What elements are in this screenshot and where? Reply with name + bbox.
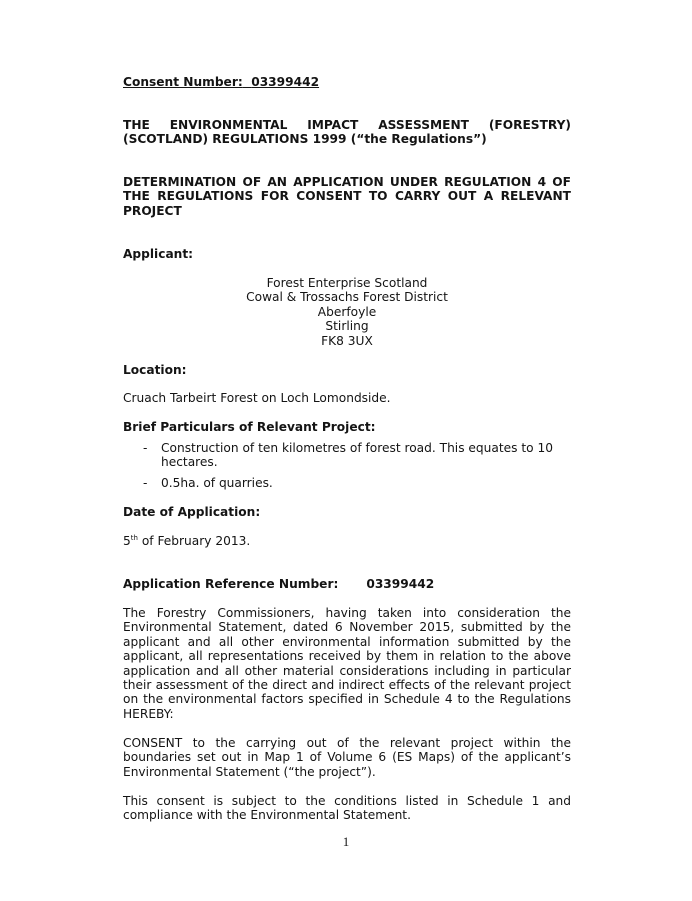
regulations-title: THE ENVIRONMENTAL IMPACT ASSESSMENT (FOR… xyxy=(123,118,571,147)
location-heading: Location: xyxy=(123,363,571,377)
list-item-text: Construction of ten kilometres of forest… xyxy=(161,441,553,469)
application-reference: Application Reference Number:03399442 xyxy=(123,577,571,591)
reference-value: 03399442 xyxy=(366,577,434,591)
list-item-text: 0.5ha. of quarries. xyxy=(161,476,273,490)
particulars-heading: Brief Particulars of Relevant Project: xyxy=(123,420,571,434)
consent-number: Consent Number: 03399442 xyxy=(123,75,571,89)
title-line: (SCOTLAND) REGULATIONS 1999 (“the Regula… xyxy=(123,132,571,146)
consent-number-label: Consent Number: xyxy=(123,75,243,89)
location-text: Cruach Tarbeirt Forest on Loch Lomondsid… xyxy=(123,391,571,405)
commissioners-paragraph: The Forestry Commissioners, having taken… xyxy=(123,606,571,721)
determination-heading: DETERMINATION OF AN APPLICATION UNDER RE… xyxy=(123,175,571,218)
bullet-dash: - xyxy=(143,441,147,455)
determination-line: PROJECT xyxy=(123,204,571,218)
address-line: Forest Enterprise Scotland xyxy=(123,276,571,290)
consent-number-value: 03399442 xyxy=(251,75,319,89)
determination-line: THE REGULATIONS FOR CONSENT TO CARRY OUT… xyxy=(123,189,571,203)
page-number: 1 xyxy=(0,834,692,850)
consent-paragraph: CONSENT to the carrying out of the relev… xyxy=(123,736,571,779)
date-value: 5th of February 2013. xyxy=(123,534,571,548)
list-item: -Construction of ten kilometres of fores… xyxy=(123,441,553,470)
address-line: FK8 3UX xyxy=(123,334,571,348)
address-line: Cowal & Trossachs Forest District xyxy=(123,290,571,304)
bullet-dash: - xyxy=(143,476,147,490)
date-day: 5 xyxy=(123,534,131,548)
determination-line: DETERMINATION OF AN APPLICATION UNDER RE… xyxy=(123,175,571,189)
applicant-address: Forest Enterprise Scotland Cowal & Tross… xyxy=(123,276,571,348)
applicant-heading: Applicant: xyxy=(123,247,571,261)
address-line: Aberfoyle xyxy=(123,305,571,319)
reference-label: Application Reference Number: xyxy=(123,577,338,591)
particulars-list: -Construction of ten kilometres of fores… xyxy=(123,441,553,496)
date-heading: Date of Application: xyxy=(123,505,571,519)
address-line: Stirling xyxy=(123,319,571,333)
conditions-paragraph: This consent is subject to the condition… xyxy=(123,794,571,823)
date-rest: of February 2013. xyxy=(138,534,250,548)
list-item: -0.5ha. of quarries. xyxy=(123,476,553,490)
date-suffix: th xyxy=(131,534,138,542)
title-line: THE ENVIRONMENTAL IMPACT ASSESSMENT (FOR… xyxy=(123,118,571,132)
